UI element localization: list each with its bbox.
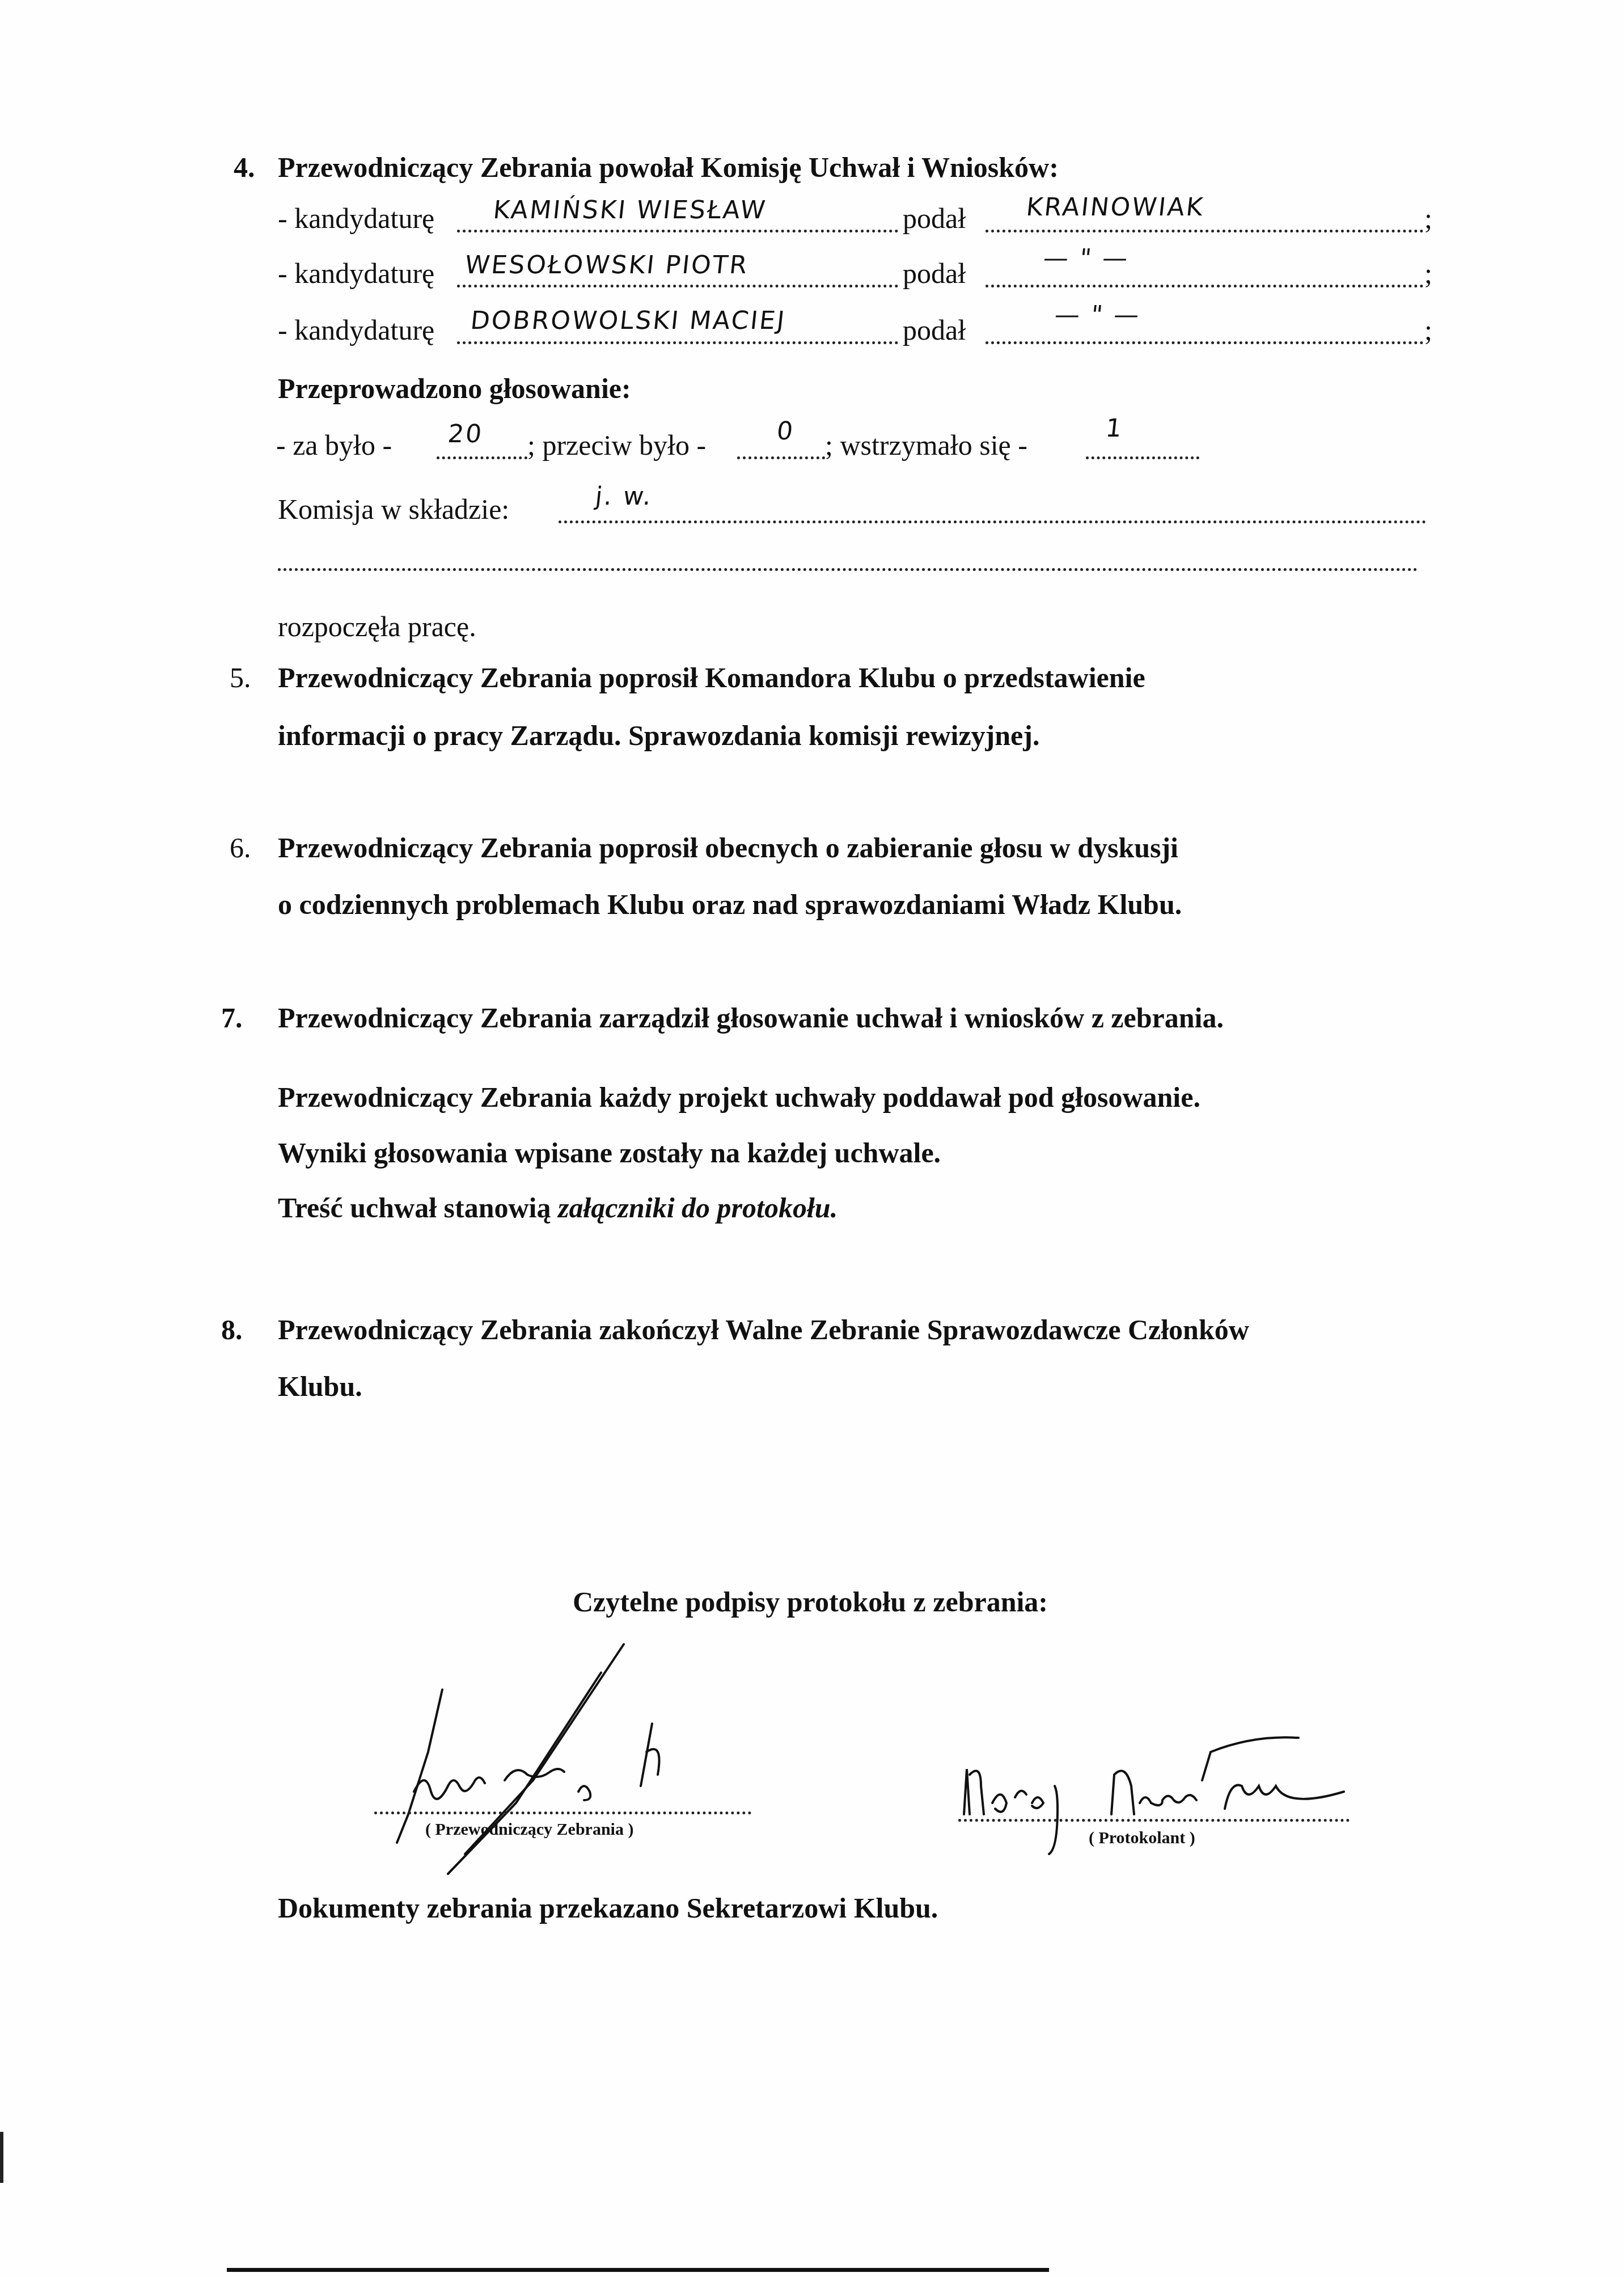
section-7-line2: Przewodniczący Zebrania każdy projekt uc… [278,1080,1200,1114]
section-8-number: 8. [221,1313,243,1347]
proposed-by: — " — [1053,301,1142,329]
secretary-signature-field [958,1819,1350,1822]
section-6-line1: Przewodniczący Zebrania poprosił obecnyc… [278,831,1178,865]
candidate-name-field [457,285,898,287]
vote-abstain-label: ; wstrzymało się - [825,428,1027,462]
section-7-line4-plain: Treść uchwał stanowią [278,1192,558,1224]
committee-field [559,520,1426,523]
section-5-line1: Przewodniczący Zebrania poprosił Komando… [278,661,1145,695]
candidate-prefix: - kandydaturę [278,201,434,235]
section-5-number: 5. [230,661,251,695]
vote-against-value: 0 [775,417,796,446]
candidate-name-field [457,230,898,232]
section-7-line3: Wyniki głosowania wpisane zostały na każ… [278,1136,941,1170]
proposed-by: — " — [1042,244,1131,273]
section-8-line2: Klubu. [278,1369,362,1403]
vote-abstain-field [1086,456,1199,459]
footer-note: Dokumenty zebrania przekazano Sekretarzo… [278,1891,938,1925]
committee-value: j. w. [594,482,654,511]
proposed-label: podał [903,256,966,290]
section-7-line1: Przewodniczący Zebrania zarządził głosow… [278,1001,1224,1035]
committee-label: Komisja w składzie: [278,492,509,526]
vote-abstain-value: 1 [1104,414,1124,443]
vote-for-value: 20 [446,420,484,448]
vote-for-field [437,456,527,459]
section-4-number: 4. [234,150,255,184]
section-6-line2: o codziennych problemach Klubu oraz nad … [278,887,1182,921]
section-7-line4: Treść uchwał stanowią załączniki do prot… [278,1191,838,1225]
row-end: ; [1424,256,1432,290]
vote-heading: Przeprowadzono głosowanie: [278,371,631,405]
secretary-caption: ( Protokolant ) [1089,1829,1195,1848]
committee-closing: rozpoczęła pracę. [278,610,476,644]
document-page: 4. Przewodniczący Zebrania powołał Komis… [0,0,1624,2277]
candidate-name: DOBROWOLSKI MACIEJ [469,306,787,335]
candidate-name-field [457,341,898,344]
vote-for-label: - za było - [276,428,392,462]
row-end: ; [1424,313,1432,347]
candidate-name: WESOŁOWSKI PIOTR [463,251,750,280]
proposed-label: podał [903,201,966,235]
proposed-label: podał [903,313,966,347]
vote-against-label: ; przeciw było - [527,428,706,462]
section-7-number: 7. [221,1001,243,1035]
vote-against-field [737,456,825,459]
section-5-line2: informacji o pracy Zarządu. Sprawozdania… [278,718,1039,752]
proposed-by-field [986,230,1423,232]
chair-signature-icon [363,1639,760,1877]
candidate-prefix: - kandydaturę [278,313,434,347]
section-7-line4-italic: załączniki do protokołu. [558,1192,838,1224]
candidate-prefix: - kandydaturę [278,256,434,290]
proposed-by-field [986,341,1423,344]
section-6-number: 6. [230,831,251,865]
candidate-name: KAMIŃSKI WIESŁAW [492,196,768,225]
proposed-by-field [986,285,1423,287]
section-4-heading: Przewodniczący Zebrania powołał Komisję … [278,150,1059,184]
chair-signature-field [374,1812,751,1814]
proposed-by: KRAINOWIAK [1025,193,1206,222]
committee-field-continued [278,568,1418,571]
scan-edge-mark [0,2132,3,2183]
scan-bottom-line [227,2268,1049,2272]
row-end: ; [1424,201,1432,235]
section-8-line1: Przewodniczący Zebrania zakończył Walne … [278,1313,1249,1347]
signatures-heading: Czytelne podpisy protokołu z zebrania: [573,1585,1048,1619]
chair-caption: ( Przewodniczący Zebrania ) [425,1820,633,1839]
